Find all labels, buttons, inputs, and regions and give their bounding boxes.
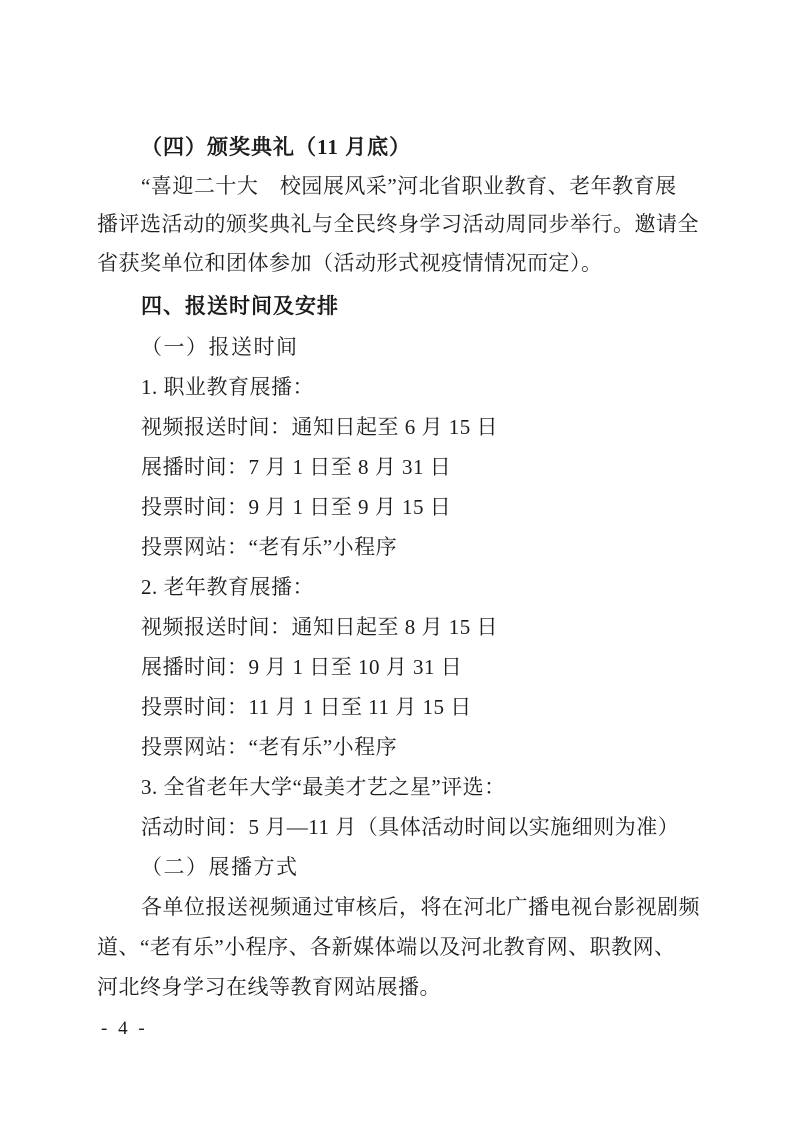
para-award-ceremony-line-1: “喜迎二十大 校园展风采”河北省职业教育、老年教育展 [97,172,745,200]
heading-submission-time: （一）报送时间 [97,333,745,361]
line-video-submission-elderly: 视频报送时间：通知日起至 8 月 15 日 [97,613,745,641]
page-number: - 4 - [101,1018,148,1040]
heading-award-ceremony: （四）颁奖典礼（11 月底） [97,133,745,161]
para-broadcast-method-line-3: 河北终身学习在线等教育网站展播。 [97,973,701,1001]
para-broadcast-method-line-2: 道、“老有乐”小程序、各新媒体端以及河北教育网、职教网、 [97,933,701,961]
line-broadcast-time-vocational: 展播时间：7 月 1 日至 8 月 31 日 [97,453,745,481]
line-activity-time: 活动时间：5 月—11 月（具体活动时间以实施细则为准） [97,813,745,841]
line-voting-time-vocational: 投票时间：9 月 1 日至 9 月 15 日 [97,493,745,521]
item-elderly-broadcast: 2. 老年教育展播： [97,573,745,601]
heading-section-four: 四、报送时间及安排 [97,293,745,321]
line-voting-site-elderly: 投票网站：“老有乐”小程序 [97,733,745,761]
line-video-submission-vocational: 视频报送时间：通知日起至 6 月 15 日 [97,413,745,441]
para-award-ceremony-line-2: 播评选活动的颁奖典礼与全民终身学习活动周同步举行。邀请全 [97,210,701,238]
para-broadcast-method-line-1: 各单位报送视频通过审核后，将在河北广播电视台影视剧频 [97,893,745,921]
line-broadcast-time-elderly: 展播时间：9 月 1 日至 10 月 31 日 [97,653,745,681]
item-talent-star-selection: 3. 全省老年大学“最美才艺之星”评选： [97,773,745,801]
document-page: （四）颁奖典礼（11 月底） “喜迎二十大 校园展风采”河北省职业教育、老年教育… [0,0,794,1123]
item-vocational-broadcast: 1. 职业教育展播： [97,373,745,401]
heading-broadcast-method: （二）展播方式 [97,853,745,881]
document-content: （四）颁奖典礼（11 月底） “喜迎二十大 校园展风采”河北省职业教育、老年教育… [97,0,701,1123]
line-voting-time-elderly: 投票时间：11 月 1 日至 11 月 15 日 [97,693,745,721]
para-award-ceremony-line-3: 省获奖单位和团体参加（活动形式视疫情情况而定）。 [97,249,701,277]
line-voting-site-vocational: 投票网站：“老有乐”小程序 [97,533,745,561]
